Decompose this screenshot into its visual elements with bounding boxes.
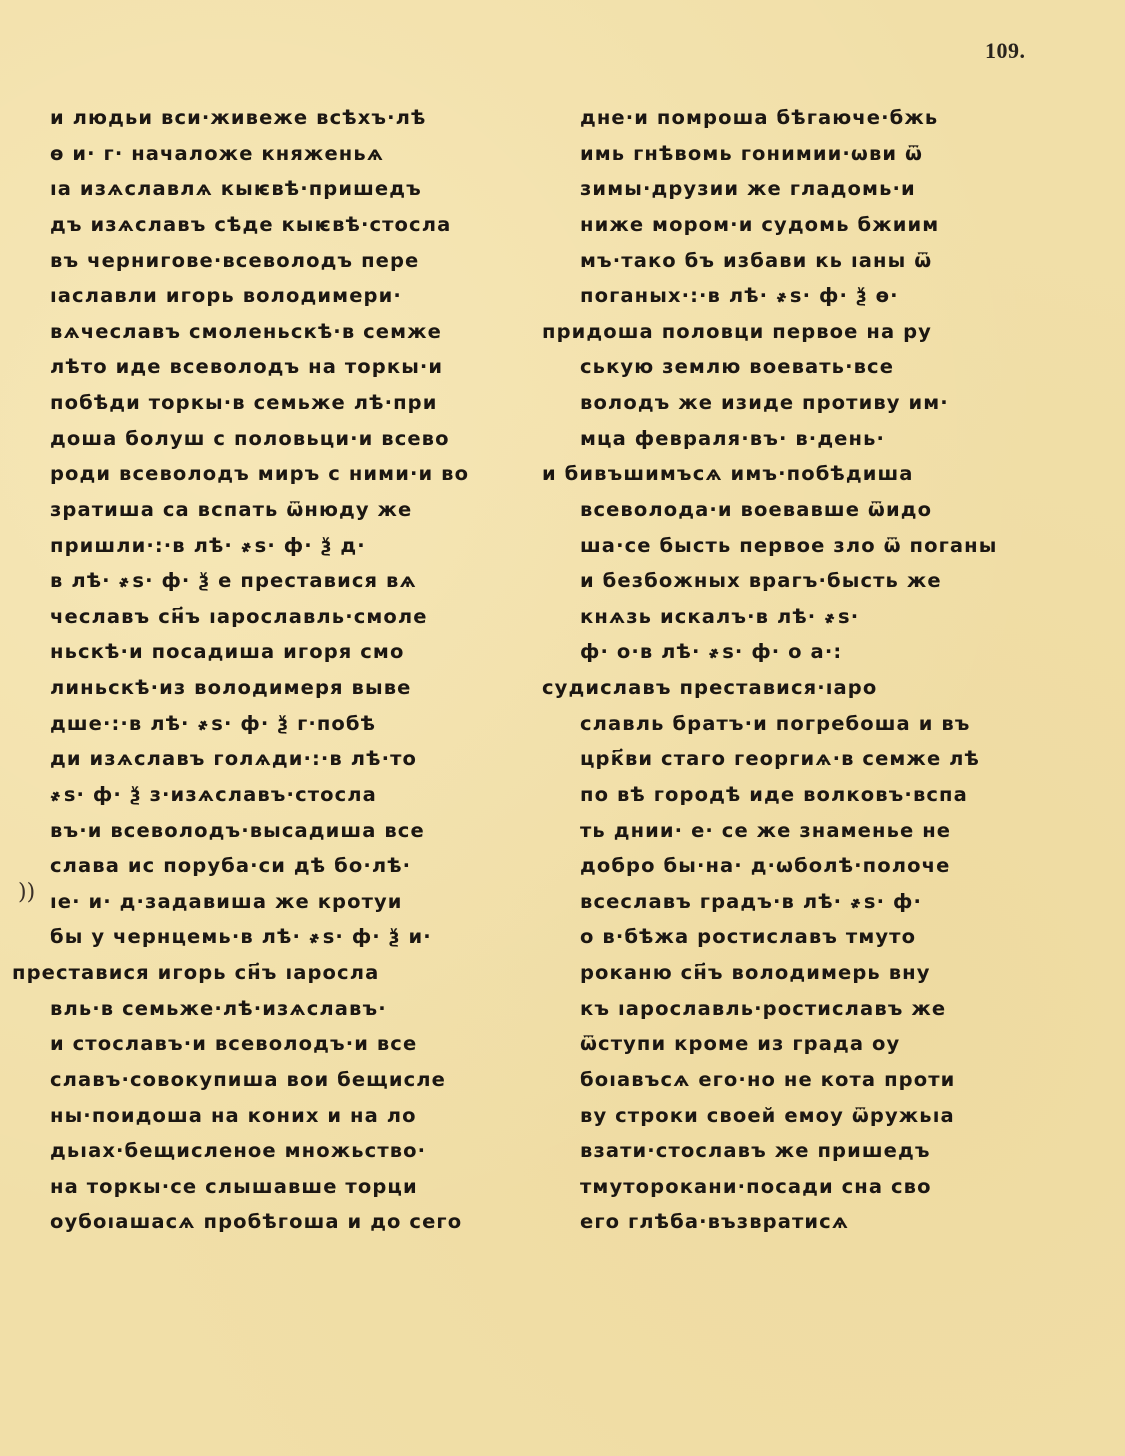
manuscript-line: въ·и всеволодъ·высадиша все (50, 813, 550, 849)
manuscript-line: црк҃ви стаго георгиѧ·в семже лѣ (580, 741, 1070, 777)
manuscript-line: линьскѣ·из володимеря выве (50, 670, 550, 706)
manuscript-line: мца февраля·въ· в·день· (580, 421, 1070, 457)
manuscript-line: ıа изѧславлѧ кыѥвѣ·пришедъ (50, 171, 550, 207)
manuscript-line: слава ис поруба·си дѣ бо·лѣ· (50, 848, 550, 884)
manuscript-line: дне·и помроша бѣгаюче·бжь (580, 100, 1070, 136)
manuscript-line: славль братъ·и погребоша и въ (580, 706, 1070, 742)
manuscript-line: бы у чернцемь·в лѣ· ҂s· ф· ѯ и· (50, 919, 550, 955)
manuscript-line: зимы·друзии же гладомь·и (580, 171, 1070, 207)
manuscript-line: Судиславъ преставися·ıаро (542, 670, 1070, 706)
manuscript-line: оубоıашасѧ пробѣгоша и до сего (50, 1204, 550, 1240)
manuscript-line: и стославъ·и всеволодъ·и все (50, 1026, 550, 1062)
manuscript-line: ѿступи кроме из града оу (580, 1026, 1070, 1062)
manuscript-line: дъ изѧславъ сѣде кыѥвѣ·стосла (50, 207, 550, 243)
manuscript-line: ҂s· ф· ѯ з·изѧславъ·стосла (50, 777, 550, 813)
manuscript-line: ськую землю воевать·все (580, 349, 1070, 385)
manuscript-line: роди всеволодъ миръ с ними·и во (50, 456, 550, 492)
manuscript-line: пришли·:·в лѣ· ҂s· ф· ѯ д· (50, 528, 550, 564)
manuscript-line: о в·бѣжа ростиславъ тмуто (580, 919, 1070, 955)
manuscript-line: кнѧзь искалъ·в лѣ· ҂s· (580, 599, 1070, 635)
manuscript-line: тмуторокани·посади сна сво (580, 1169, 1070, 1205)
page-number: 109. (985, 38, 1026, 64)
manuscript-line: придоша половци первое на ру (542, 314, 1070, 350)
manuscript-line: на торкы·се слышавше торци (50, 1169, 550, 1205)
manuscript-line: по вѣ городѣ иде волковъ·вспа (580, 777, 1070, 813)
manuscript-line: роканю сн҃ъ володимерь вну (580, 955, 1070, 991)
manuscript-line: володъ же изиде противу им· (580, 385, 1070, 421)
manuscript-line: ша·се бысть первое зло ѿ поганы (580, 528, 1070, 564)
manuscript-line: ву строки своей емоу ѿружьıа (580, 1098, 1070, 1134)
manuscript-line: доша болуш с половьци·и всево (50, 421, 550, 457)
manuscript-line: ны·поидоша на коних и на ло (50, 1098, 550, 1134)
manuscript-line: ѳ и· г· началоже княженьѧ (50, 136, 550, 172)
manuscript-line: побѣди торкы·в семьже лѣ·при (50, 385, 550, 421)
manuscript-line: ньскѣ·и посадиша игоря смо (50, 634, 550, 670)
margin-note: )) (18, 880, 35, 905)
manuscript-line: в лѣ· ҂s· ф· ѯ е преставися вѧ (50, 563, 550, 599)
manuscript-line: ди изѧславъ голѧди·:·в лѣ·то (50, 741, 550, 777)
manuscript-line: ниже мором·и судомь бжиим (580, 207, 1070, 243)
manuscript-line: славъ·совокупиша вои бещисле (50, 1062, 550, 1098)
manuscript-line: поганых·:·в лѣ· ҂s· ф· ѯ ѳ· (580, 278, 1070, 314)
manuscript-line: вѧчеславъ смоленьскѣ·в семже (50, 314, 550, 350)
manuscript-line: и бивъшимъсѧ имъ·побѣдиша (542, 456, 1070, 492)
manuscript-line: зратиша са вспать ѿнюду же (50, 492, 550, 528)
left-text-column: и людьи вси·живеже всѣхъ·лѣѳ и· г· начал… (50, 100, 550, 1240)
manuscript-line: къ ıарославль·ростиславъ же (580, 991, 1070, 1027)
manuscript-line: дьıах·бещисленое множьство· (50, 1133, 550, 1169)
manuscript-line: и безбожных врагъ·бысть же (580, 563, 1070, 599)
manuscript-line: лѣто иде всеволодъ на торкы·и (50, 349, 550, 385)
manuscript-line: вль·в семьже·лѣ·изѧславъ· (50, 991, 550, 1027)
manuscript-line: мъ·тако бъ избави кь ıаны ѿ (580, 243, 1070, 279)
manuscript-line: преставися игорь сн҃ъ ıаросла (12, 955, 550, 991)
manuscript-line: и людьи вси·живеже всѣхъ·лѣ (50, 100, 550, 136)
manuscript-line: всеволода·и воевавше ѿидо (580, 492, 1070, 528)
manuscript-line: ıаславли игорь володимери· (50, 278, 550, 314)
manuscript-line: ф· о·в лѣ· ҂s· ф· о а·: (580, 634, 1070, 670)
manuscript-line: боıавъсѧ его·но не кота проти (580, 1062, 1070, 1098)
manuscript-line: дше·:·в лѣ· ҂s· ф· ѯ г·побѣ (50, 706, 550, 742)
manuscript-line: добро бы·на· д·ѡболѣ·полоче (580, 848, 1070, 884)
manuscript-line: его глѣба·възвратисѧ (580, 1204, 1070, 1240)
manuscript-line: ıе· и· д·задавиша же кротуи (50, 884, 550, 920)
manuscript-line: взати·стославъ же пришедъ (580, 1133, 1070, 1169)
manuscript-line: чеславъ сн҃ъ ıарославль·смоле (50, 599, 550, 635)
right-text-column: дне·и помроша бѣгаюче·бжьимь гнѣвомь гон… (580, 100, 1070, 1240)
manuscript-line: въ чернигове·всеволодъ пере (50, 243, 550, 279)
manuscript-line: ть днии· е· се же знаменье не (580, 813, 1070, 849)
manuscript-line: всеславъ градъ·в лѣ· ҂s· ф· (580, 884, 1070, 920)
manuscript-line: имь гнѣвомь гонимии·ѡви ѿ (580, 136, 1070, 172)
